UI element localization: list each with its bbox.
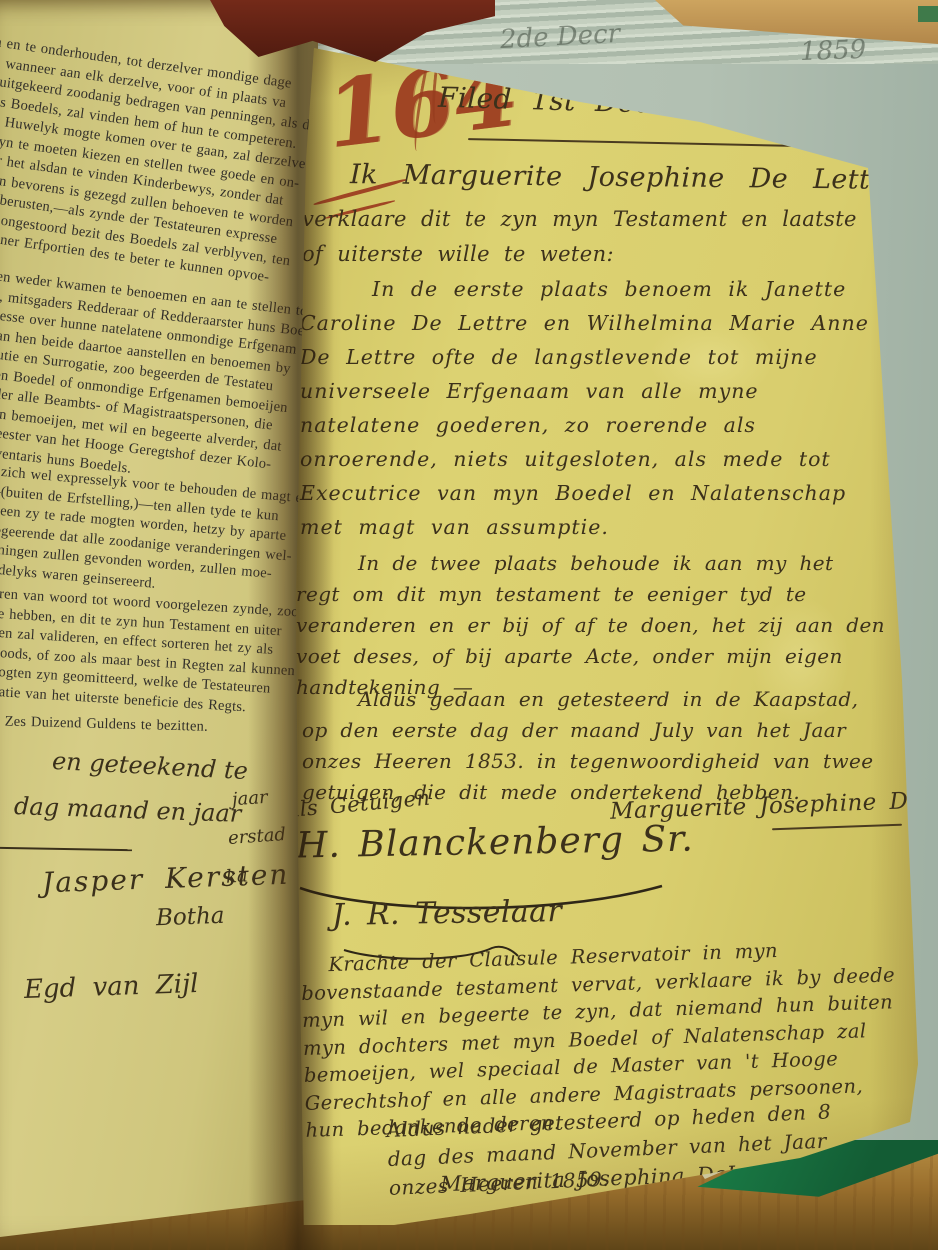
left-handwritten-line-2: dag maand en jaar: [14, 792, 242, 828]
left-handwritten-underline: [0, 847, 132, 851]
left-handwritten-line-1: en geteekend te: [51, 747, 248, 785]
gutter-fragment: erstad: [227, 824, 286, 849]
opening-declaration: verklaare dit te zyn myn Testament en la…: [302, 202, 880, 272]
signature-underline: [772, 824, 902, 831]
clause-second: In de twee plaats behoude ik aan my het …: [296, 548, 888, 703]
left-signature-van-zijl: Egd van Zijl: [24, 969, 199, 1005]
gutter-fragment: jaar: [231, 787, 268, 810]
printed-paragraph-1: te voeden en te onderhouden, tot derzelv…: [0, 26, 318, 313]
cover-corner-sliver: [918, 6, 938, 22]
left-page-printed-testament: te voeden en te onderhouden, tot derzelv…: [0, 0, 318, 1242]
left-signature-jasper-surname: Botha: [156, 903, 225, 931]
printed-paragraph-4: Testateuren van woord tot woord voorgele…: [0, 582, 318, 723]
witness-signature-tesselaar: J. R. Tesselaar: [332, 894, 563, 933]
opening-name-line: Ik Marguerite Josephine De Lettre: [350, 159, 900, 196]
left-signature-jasper: Jasper Kersten: [41, 858, 289, 900]
clause-first: In de eerste plaats benoem ik Janette Ca…: [300, 272, 886, 544]
faint-underpage-writing: 2de Decr: [499, 19, 620, 55]
faint-underpage-year: 1859: [799, 35, 866, 67]
witness-signature-blanckenberg: H. Blanckenberg Sr.: [296, 819, 694, 867]
right-page-manuscript-will: 164 Filed 1st December 1859 Ik Marguerit…: [280, 40, 928, 1225]
gutter-fragment: ka: [225, 865, 248, 887]
printed-paragraph-2: er over en weder kwamen te benoemen en a…: [0, 262, 318, 501]
photographed-will-document: 2de Decr 1859 te voeden en te onderhoude…: [0, 0, 938, 1250]
